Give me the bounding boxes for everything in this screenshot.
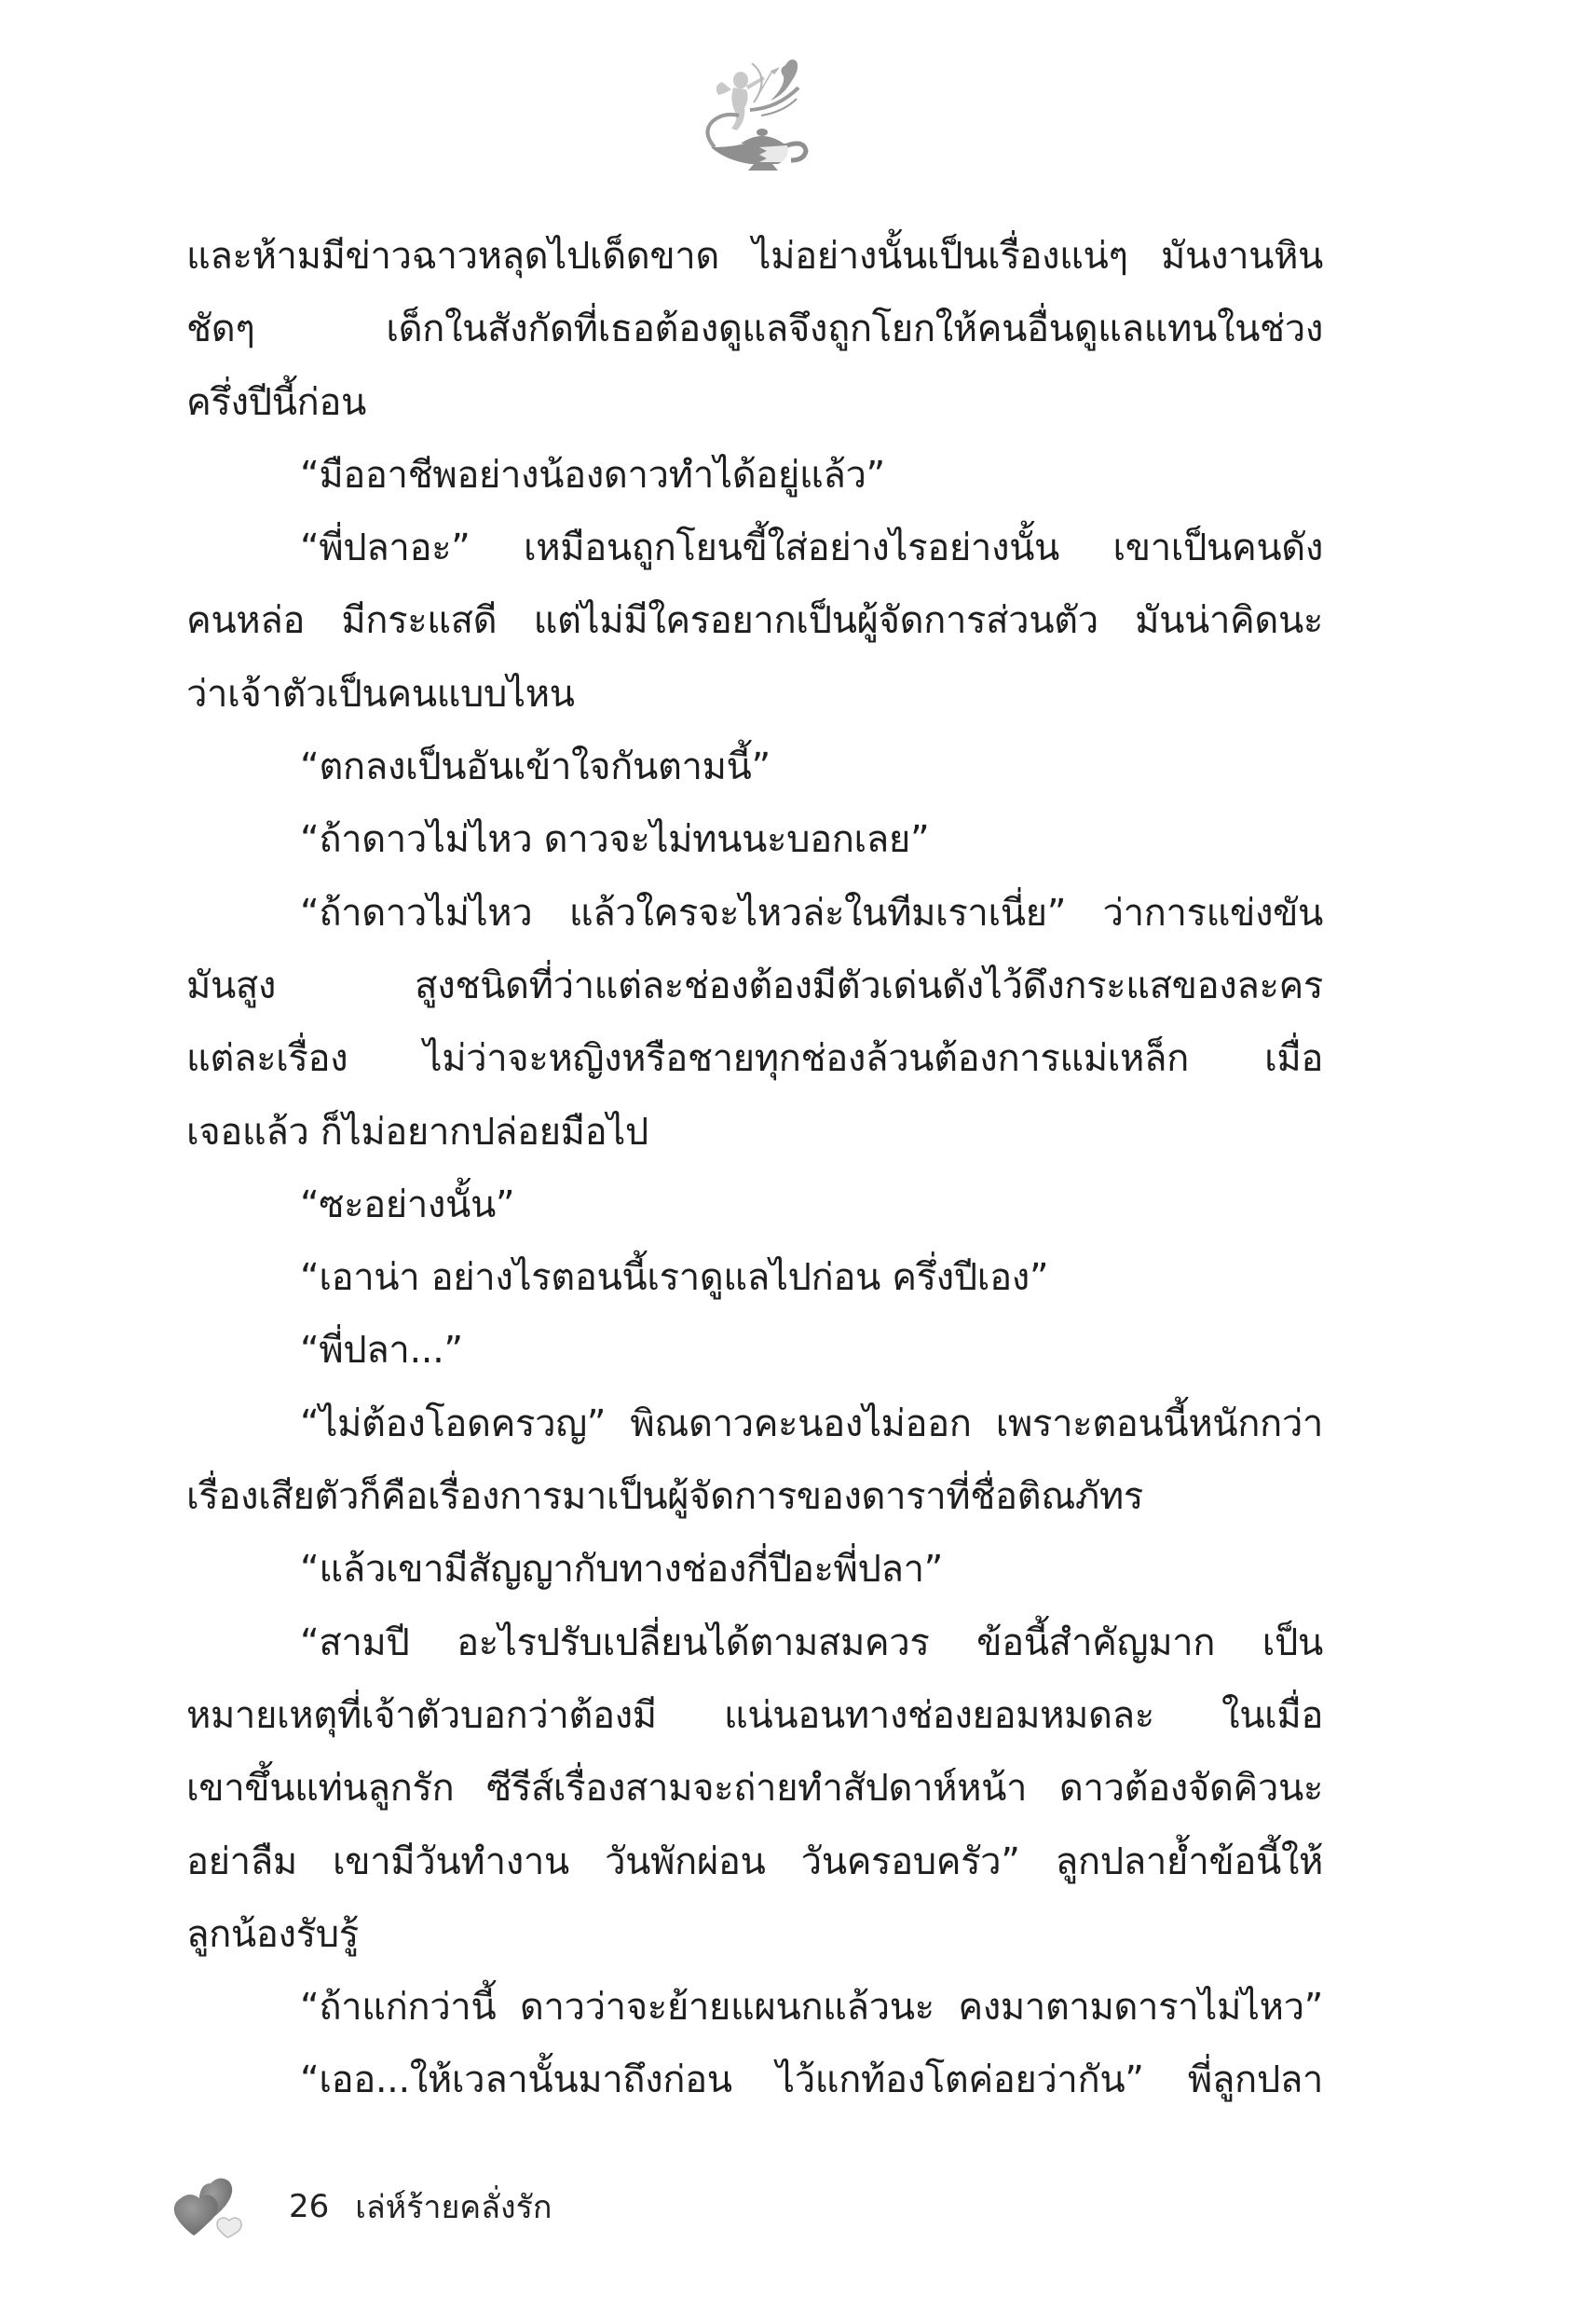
text-line: ลูกน้องรับรู้ xyxy=(186,1898,1323,1971)
text-line: คนหล่อ มีกระแสดี แต่ไม่มีใครอยากเป็นผู้จ… xyxy=(186,584,1323,657)
dialogue-line: “เออ...ให้เวลานั้นมาถึงก่อน ไว้แกท้องโตค… xyxy=(186,2044,1323,2116)
dialogue-line: “สามปี อะไรปรับเปลี่ยนได้ตามสมควร ข้อนี้… xyxy=(186,1607,1323,1679)
dialogue-line: “ถ้าดาวไม่ไหว แล้วใครจะไหวล่ะในทีมเราเนี… xyxy=(186,877,1323,950)
dialogue-line: “ถ้าแก่กว่านี้ ดาวว่าจะย้ายแผนกแล้วนะ คง… xyxy=(186,1971,1323,2044)
dialogue-line: “ถ้าดาวไม่ไหว ดาวจะไม่ทนนะบอกเลย” xyxy=(186,803,1323,876)
cupid-genie-lamp-icon xyxy=(694,54,815,171)
chapter-body: และห้ามมีข่าวฉาวหลุดไปเด็ดขาด ไม่อย่างนั… xyxy=(186,220,1323,2117)
text-line: เจอแล้ว ก็ไม่อยากปล่อยมือไป xyxy=(186,1096,1323,1169)
text-line: หมายเหตุที่เจ้าตัวบอกว่าต้องมี แน่นอนทาง… xyxy=(186,1679,1323,1752)
dialogue-line: “ซะอย่างนั้น” xyxy=(186,1169,1323,1241)
dialogue-line: “มืออาชีพอย่างน้องดาวทำได้อยู่แล้ว” xyxy=(186,439,1323,512)
text-line: มันสูง สูงชนิดที่ว่าแต่ละช่องต้องมีตัวเด… xyxy=(186,950,1323,1022)
dialogue-line: “ไม่ต้องโอดครวญ” พิณดาวคะนองไม่ออก เพราะ… xyxy=(186,1388,1323,1460)
text-line: ชัดๆ เด็กในสังกัดที่เธอต้องดูแลจึงถูกโยก… xyxy=(186,293,1323,365)
text-line: แต่ละเรื่อง ไม่ว่าจะหญิงหรือชายทุกช่องล้… xyxy=(186,1022,1323,1095)
dialogue-line: “พี่ปลาอะ” เหมือนถูกโยนขี้ใส่อย่างไรอย่า… xyxy=(186,512,1323,584)
book-title: เล่ห์ร้ายคลั่งรัก xyxy=(355,2181,552,2232)
hearts-icon xyxy=(168,2174,261,2239)
text-line: เรื่องเสียตัวก็คือเรื่องการมาเป็นผู้จัดก… xyxy=(186,1460,1323,1533)
dialogue-line: “ตกลงเป็นอันเข้าใจกันตามนี้” xyxy=(186,731,1323,803)
text-line: ครึ่งปีนี้ก่อน xyxy=(186,366,1323,439)
text-line: เขาขึ้นแท่นลูกรัก ซีรีส์เรื่องสามจะถ่ายท… xyxy=(186,1752,1323,1825)
page-footer: 26 เล่ห์ร้ายคลั่งรัก xyxy=(168,2169,552,2244)
dialogue-line: “พี่ปลา...” xyxy=(186,1314,1323,1387)
dialogue-line: “เอาน่า อย่างไรตอนนี้เราดูแลไปก่อน ครึ่ง… xyxy=(186,1241,1323,1314)
text-line: และห้ามมีข่าวฉาวหลุดไปเด็ดขาด ไม่อย่างนั… xyxy=(186,220,1323,293)
text-line: ว่าเจ้าตัวเป็นคนแบบไหน xyxy=(186,658,1323,731)
page-number: 26 xyxy=(289,2188,329,2225)
dialogue-line: “แล้วเขามีสัญญากับทางช่องกี่ปีอะพี่ปลา” xyxy=(186,1533,1323,1606)
text-line: อย่าลืม เขามีวันทำงาน วันพักผ่อน วันครอบ… xyxy=(186,1826,1323,1898)
